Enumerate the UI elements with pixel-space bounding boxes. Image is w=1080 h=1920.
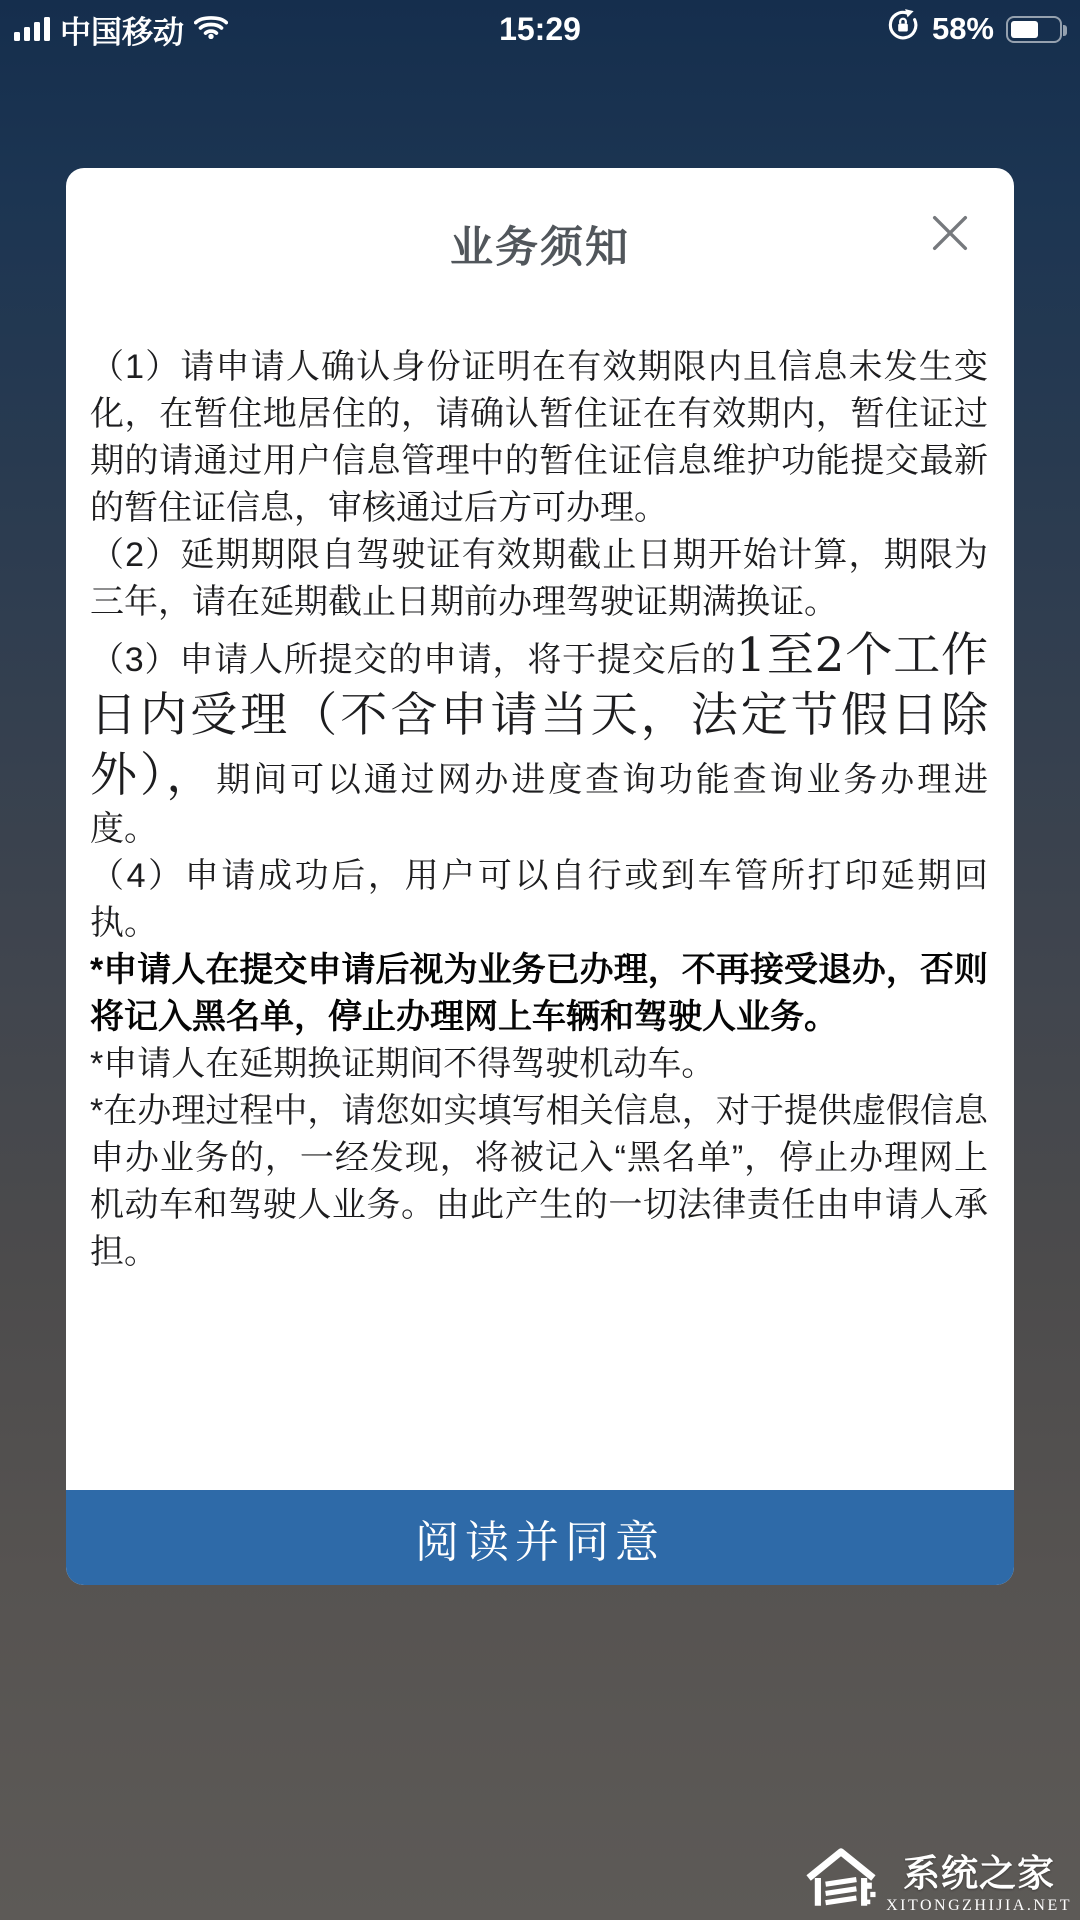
close-button[interactable] (922, 206, 978, 262)
status-bar: 中国移动 15:29 58% (0, 0, 1080, 52)
notice-text: （1）请申请人确认身份证明在有效期限内且信息未发生变化，在暂住地居住的，请确认暂… (90, 344, 988, 1465)
watermark-url: XITONGZHIJIA.NET (886, 1898, 1072, 1914)
carrier-label: 中国移动 (60, 7, 184, 52)
notice-paragraph-3-lead: （3）申请人所提交的申请，将于提交后的 (90, 641, 736, 679)
notice-warning-2: *申请人在延期换证期间不得驾驶机动车。 (90, 1041, 988, 1088)
clock: 15:29 (499, 11, 581, 48)
notice-paragraph-2: （2）延期期限自驾驶证有效期截止日期开始计算，期限为三年，请在延期截止日期前办理… (90, 532, 988, 626)
phone-screen: 中国移动 15:29 58% (0, 0, 1080, 1920)
agree-button[interactable]: 阅读并同意 (66, 1490, 1014, 1585)
orientation-lock-icon (886, 8, 920, 50)
watermark-logo-icon (804, 1847, 878, 1914)
watermark-name: 系统之家 (903, 1855, 1055, 1892)
notice-paragraph-3: （3）申请人所提交的申请，将于提交后的1至2个工作日内受理（不含申请当天，法定节… (90, 626, 988, 853)
close-icon (927, 210, 973, 259)
notice-warning-3: *在办理过程中，请您如实填写相关信息，对于提供虚假信息申办业务的，一经发现，将被… (90, 1088, 988, 1276)
watermark: 系统之家 XITONGZHIJIA.NET (804, 1847, 1072, 1914)
notice-warning-1: *申请人在提交申请后视为业务已办理，不再接受退办，否则将记入黑名单，停止办理网上… (90, 947, 988, 1041)
cellular-signal-icon (14, 17, 50, 41)
battery-icon (1006, 16, 1062, 43)
notice-paragraph-3-tail: 期间可以通过网办进度查询功能查询业务办理进度。 (90, 761, 988, 848)
battery-percent-label: 58% (932, 11, 994, 47)
status-bar-right: 58% (886, 8, 1062, 50)
notice-paragraph-1: （1）请申请人确认身份证明在有效期限内且信息未发生变化，在暂住地居住的，请确认暂… (90, 344, 988, 532)
notice-modal: 业务须知 （1）请申请人确认身份证明在有效期限内且信息未发生变化，在暂住地居住的… (66, 168, 1014, 1585)
modal-title: 业务须知 (66, 214, 1014, 275)
wifi-icon (194, 11, 228, 47)
watermark-text: 系统之家 XITONGZHIJIA.NET (886, 1855, 1072, 1914)
notice-paragraph-4: （4）申请成功后，用户可以自行或到车管所打印延期回执。 (90, 853, 988, 947)
status-bar-left: 中国移动 (14, 7, 228, 52)
